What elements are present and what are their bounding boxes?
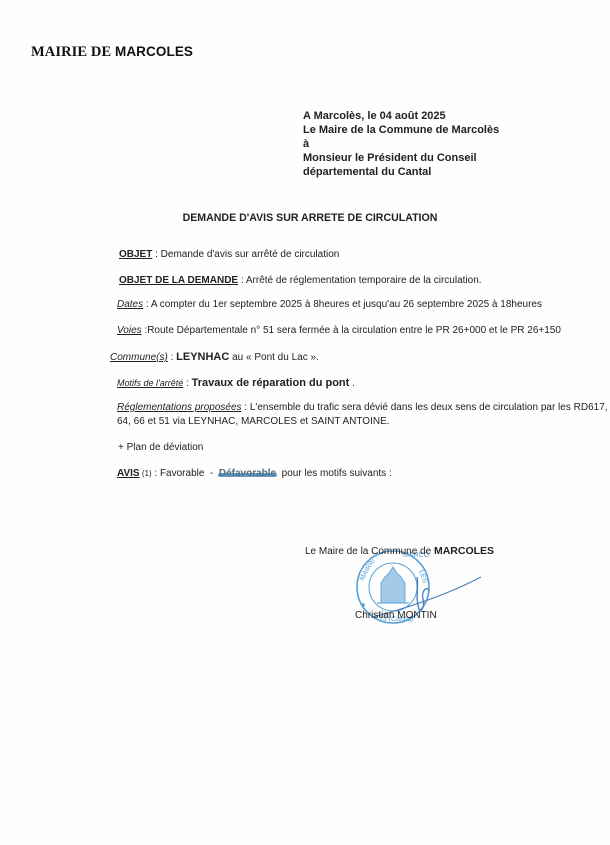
- field-motifs-bold: Travaux de réparation du pont: [192, 377, 350, 389]
- signatory-name: Christian MONTIN: [355, 610, 437, 621]
- avis-defavorable-struck: Défavorable: [219, 468, 276, 479]
- sender: Le Maire de la Commune de Marcolès: [303, 123, 499, 137]
- field-objet: OBJET : Demande d'avis sur arrêté de cir…: [119, 249, 339, 260]
- field-communes: Commune(s) : LEYNHAC au « Pont du Lac ».: [110, 351, 319, 363]
- field-motifs: Motifs de l'arrêté : Travaux de réparati…: [117, 377, 355, 389]
- field-motifs-rest: .: [349, 378, 355, 389]
- field-reglementations-label: Réglementations proposées: [117, 402, 242, 413]
- field-dates-value: : A compter du 1er septembre 2025 à 8heu…: [143, 299, 542, 310]
- field-objet-value: : Demande d'avis sur arrêté de circulati…: [152, 249, 339, 260]
- field-avis-note: (1): [140, 469, 152, 478]
- field-communes-rest: au « Pont du Lac ».: [229, 352, 319, 363]
- field-communes-bold: LEYNHAC: [176, 351, 229, 363]
- signature-title: Le Maire de la Commune de MARCOLES: [305, 545, 494, 557]
- field-voies: Voies :Route Départementale n° 51 sera f…: [117, 325, 561, 336]
- signature-title-prefix: Le Maire de la Commune de: [305, 546, 434, 557]
- mairie-header: MAIRIE DE MARCOLES: [31, 44, 193, 61]
- field-avis-sep: :: [152, 468, 160, 479]
- avis-dash: -: [204, 468, 218, 479]
- plan-deviation: + Plan de déviation: [118, 442, 203, 453]
- field-reglementations-line2: 64, 66 et 51 via LEYNHAC, MARCOLES et SA…: [117, 416, 390, 427]
- field-objet-demande-label: OBJET DE LA DEMANDE: [119, 275, 238, 286]
- field-objet-label: OBJET: [119, 249, 152, 260]
- signature-block: Le Maire de la Commune de MARCOLES MAIRI…: [305, 545, 505, 625]
- field-reglementations: Réglementations proposées : L'ensemble d…: [117, 402, 608, 413]
- field-dates: Dates : A compter du 1er septembre 2025 …: [117, 299, 542, 310]
- mairie-header-part2: MARCOLES: [115, 44, 193, 59]
- field-avis: AVIS (1) : Favorable - Défavorable pour …: [117, 468, 392, 479]
- mairie-header-part1: MAIRIE DE: [31, 44, 115, 60]
- document-page: MAIRIE DE MARCOLES A Marcolès, le 04 aoû…: [0, 0, 610, 845]
- to-line: à: [303, 137, 499, 151]
- field-motifs-label: Motifs de l'arrêté: [117, 378, 183, 388]
- signature-title-commune: MARCOLES: [434, 545, 494, 557]
- field-dates-label: Dates: [117, 299, 143, 310]
- field-voies-value: :Route Départementale n° 51 sera fermée …: [142, 325, 561, 336]
- field-avis-label: AVIS: [117, 468, 140, 479]
- field-reglementations-value1: : L'ensemble du trafic sera dévié dans l…: [242, 402, 608, 413]
- avis-favorable: Favorable: [160, 468, 204, 479]
- address-block: A Marcolès, le 04 août 2025 Le Maire de …: [303, 109, 499, 179]
- field-voies-label: Voies: [117, 325, 142, 336]
- svg-text:LES: LES: [417, 569, 428, 584]
- place-date: A Marcolès, le 04 août 2025: [303, 109, 499, 123]
- field-objet-demande: OBJET DE LA DEMANDE : Arrêté de réglemen…: [119, 275, 482, 286]
- recipient-line1: Monsieur le Président du Conseil: [303, 151, 499, 165]
- document-title: DEMANDE D'AVIS SUR ARRETE DE CIRCULATION: [0, 212, 610, 224]
- field-motifs-sep: :: [183, 378, 191, 389]
- avis-rest: pour les motifs suivants :: [276, 468, 392, 479]
- field-communes-sep: :: [168, 352, 176, 363]
- field-communes-label: Commune(s): [110, 352, 168, 363]
- field-objet-demande-value: : Arrêté de réglementation temporaire de…: [238, 275, 481, 286]
- recipient-line2: départemental du Cantal: [303, 165, 499, 179]
